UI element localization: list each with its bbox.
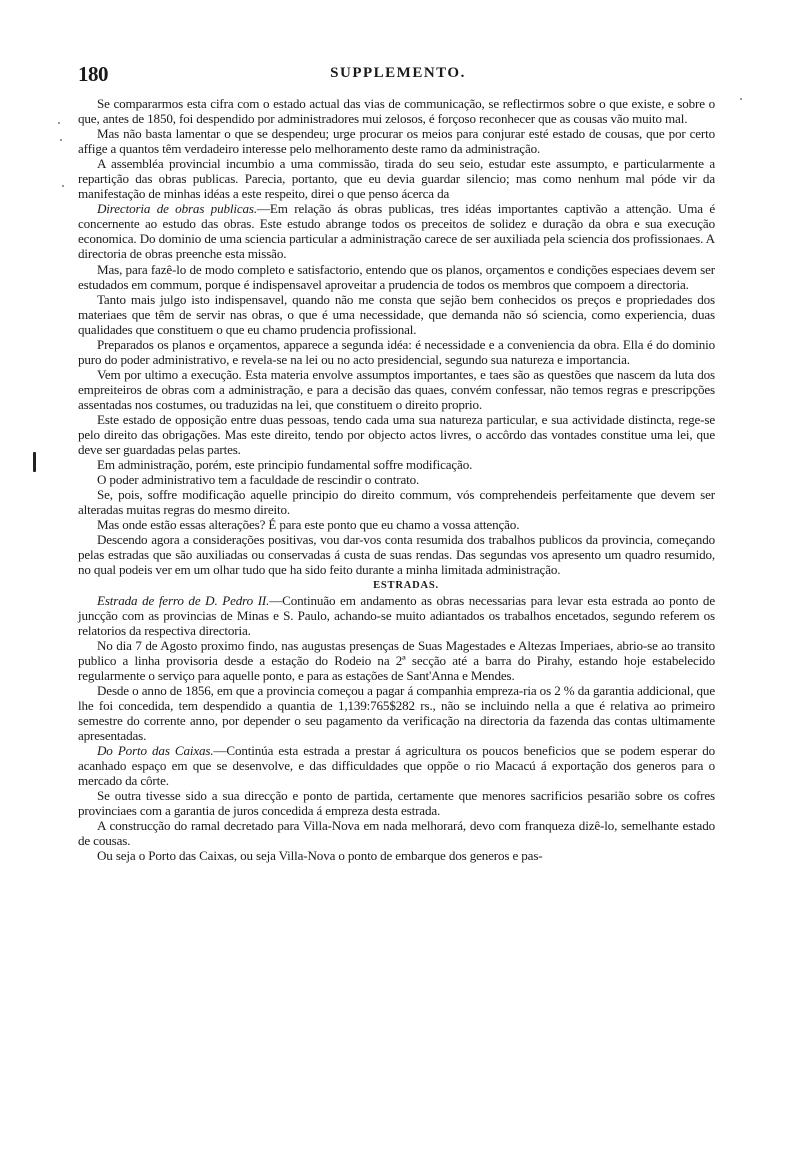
paragraph: Mas, para fazê-lo de modo completo e sat…	[78, 262, 715, 292]
paragraph: Ou seja o Porto das Caixas, ou seja Vill…	[78, 848, 715, 863]
section-heading: ESTRADAS.	[78, 578, 715, 593]
margin-mark	[33, 452, 36, 472]
paragraph: Vem por ultimo a execução. Esta materia …	[78, 367, 715, 412]
paragraph: Este estado de opposição entre duas pess…	[78, 412, 715, 457]
body-text: Se compararmos esta cifra com o estado a…	[78, 96, 715, 863]
paragraph: Preparados os planos e orçamentos, appar…	[78, 337, 715, 367]
paragraph: Mas não basta lamentar o que se despende…	[78, 126, 715, 156]
paragraph: Mas onde estão essas alterações? É para …	[78, 517, 715, 532]
paragraph: Directoria de obras publicas.—Em relação…	[78, 201, 715, 261]
run-in-heading: Directoria de obras publicas.	[97, 201, 257, 216]
paragraph: O poder administrativo tem a faculdade d…	[78, 472, 715, 487]
paragraph: Descendo agora a considerações positivas…	[78, 532, 715, 577]
paragraph: No dia 7 de Agosto proximo findo, nas au…	[78, 638, 715, 683]
page-header: 180 SUPPLEMENTO.	[78, 62, 718, 86]
scan-speck	[62, 185, 64, 187]
paragraph: Se compararmos esta cifra com o estado a…	[78, 96, 715, 126]
scan-speck	[58, 122, 60, 124]
paragraph: A assembléa provincial incumbio a uma co…	[78, 156, 715, 201]
scan-speck	[740, 98, 742, 100]
document-page: 180 SUPPLEMENTO. Se compararmos esta cif…	[0, 0, 789, 1164]
paragraph: Do Porto das Caixas.—Continúa esta estra…	[78, 743, 715, 788]
paragraph: Tanto mais julgo isto indispensavel, qua…	[78, 292, 715, 337]
paragraph: Estrada de ferro de D. Pedro II.—Continu…	[78, 593, 715, 638]
run-in-heading: Estrada de ferro de D. Pedro II.	[97, 593, 269, 608]
running-title: SUPPLEMENTO.	[78, 65, 718, 82]
run-in-heading: Do Porto das Caixas.	[97, 743, 213, 758]
paragraph: Se, pois, soffre modificação aquelle pri…	[78, 487, 715, 517]
scan-speck	[60, 139, 62, 141]
paragraph: A construcção do ramal decretado para Vi…	[78, 818, 715, 848]
paragraph: Em administração, porém, este principio …	[78, 457, 715, 472]
paragraph: Desde o anno de 1856, em que a provincia…	[78, 683, 715, 743]
paragraph: Se outra tivesse sido a sua direcção e p…	[78, 788, 715, 818]
